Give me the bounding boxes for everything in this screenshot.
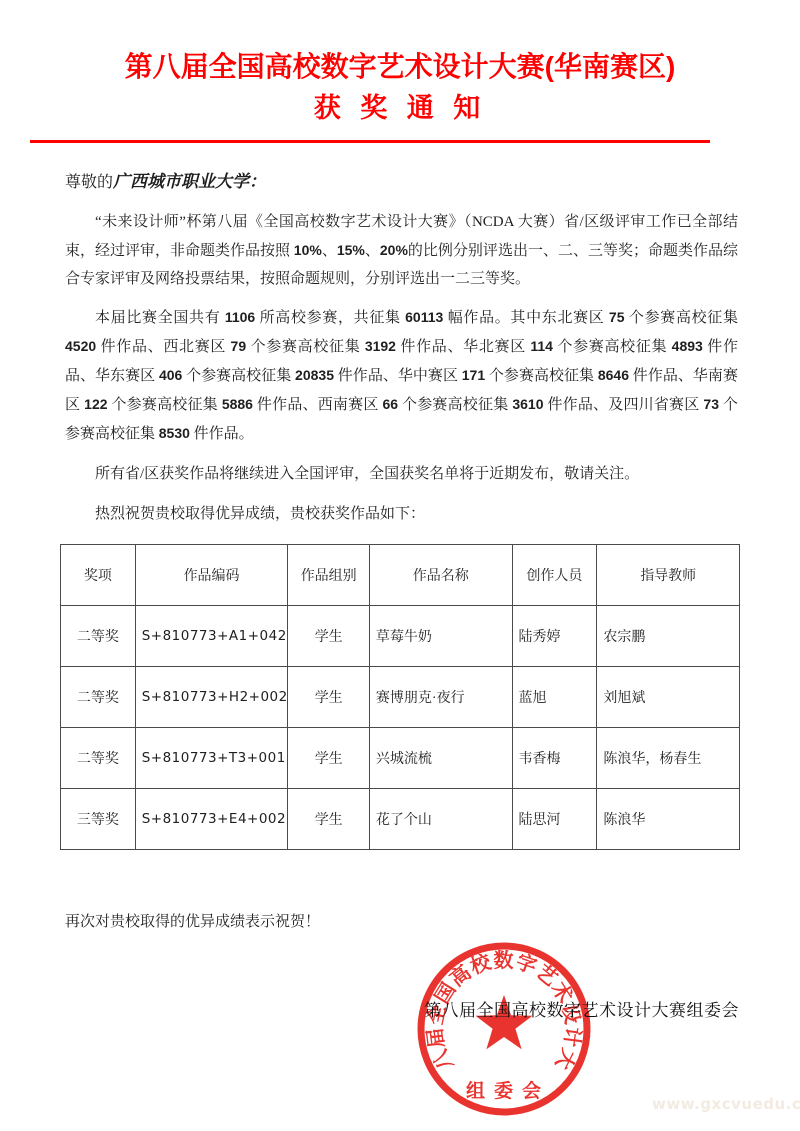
col-header-creators: 创作人员 [512,545,597,606]
paragraph-national-review: 所有省/区获奖作品将继续进入全国评审，全国获奖名单将于近期发布，敬请关注。 [65,460,738,488]
cell-creators: 陆思河 [512,789,597,850]
cell-advisors: 陈浪华，杨春生 [597,728,740,789]
cell-award: 三等奖 [61,789,136,850]
document-title-line2: 获 奖 通 知 [0,91,800,125]
cell-work-name: 赛博朋克·夜行 [369,667,512,728]
seal-bottom-text: 组委会 [466,1079,550,1102]
cell-advisors: 刘旭斌 [597,667,740,728]
cell-creators: 陆秀婷 [512,606,597,667]
cell-creators: 蓝旭 [512,667,597,728]
cell-award: 二等奖 [61,728,136,789]
cell-group: 学生 [288,667,369,728]
paragraph-statistics: 本届比赛全国共有 1106 所高校参赛，共征集 60113 幅作品。其中东北赛区… [65,303,738,448]
salutation: 尊敬的广西城市职业大学： [65,169,738,196]
cell-work-code: S+810773+A1+042 [135,606,288,667]
col-header-group: 作品组别 [288,545,369,606]
col-header-award: 奖项 [61,545,136,606]
col-header-advisors: 指导教师 [597,545,740,606]
watermark: www.gxcvuedu.com [652,1095,800,1113]
awards-table: 奖项 作品编码 作品组别 作品名称 创作人员 指导教师 二等奖 S+810773… [60,544,740,850]
cell-advisors: 陈浪华 [597,789,740,850]
table-header-row: 奖项 作品编码 作品组别 作品名称 创作人员 指导教师 [61,545,740,606]
salutation-school-name: 广西城市职业大学 [113,172,249,191]
table-row: 三等奖 S+810773+E4+002 学生 花了个山 陆思河 陈浪华 [61,789,740,850]
cell-work-code: S+810773+E4+002 [135,789,288,850]
cell-award: 二等奖 [61,606,136,667]
cell-work-name: 兴城流梳 [369,728,512,789]
cell-work-code: S+810773+T3+001 [135,728,288,789]
closing-congratulation: 再次对贵校取得的优异成绩表示祝贺！ [65,908,800,936]
title-block: 第八届全国高校数字艺术设计大赛(华南赛区) 获 奖 通 知 [0,0,800,125]
cell-group: 学生 [288,606,369,667]
cell-group: 学生 [288,789,369,850]
paragraph-congratulation-intro: 热烈祝贺贵校取得优异成绩，贵校获奖作品如下： [65,500,738,528]
cell-award: 二等奖 [61,667,136,728]
table-row: 二等奖 S+810773+T3+001 学生 兴城流梳 韦香梅 陈浪华，杨春生 [61,728,740,789]
signature-committee: 第八届全国高校数字艺术设计大赛组委会 [424,999,739,1023]
seal-graphic: 第八届全国高校数字艺术设计大赛 组委会 [414,939,594,1119]
letter-body: 尊敬的广西城市职业大学： “未来设计师”杯第八届《全国高校数字艺术设计大赛》（N… [65,169,738,528]
cell-advisors: 农宗鹏 [597,606,740,667]
official-seal-stamp: 第八届全国高校数字艺术设计大赛 组委会 [414,939,594,1119]
cell-group: 学生 [288,728,369,789]
paragraph-review-result: “未来设计师”杯第八届《全国高校数字艺术设计大赛》（NCDA 大赛）省/区级评审… [65,208,738,293]
cell-work-name: 草莓牛奶 [369,606,512,667]
document-page: 第八届全国高校数字艺术设计大赛(华南赛区) 获 奖 通 知 尊敬的广西城市职业大… [0,0,800,1131]
col-header-work-name: 作品名称 [369,545,512,606]
document-title-line1: 第八届全国高校数字艺术设计大赛(华南赛区) [0,48,800,86]
table-row: 二等奖 S+810773+A1+042 学生 草莓牛奶 陆秀婷 农宗鹏 [61,606,740,667]
cell-work-name: 花了个山 [369,789,512,850]
salutation-prefix: 尊敬的 [65,174,113,191]
cell-work-code: S+810773+H2+002 [135,667,288,728]
title-divider-rule [30,140,710,143]
cell-creators: 韦香梅 [512,728,597,789]
col-header-work-code: 作品编码 [135,545,288,606]
table-row: 二等奖 S+810773+H2+002 学生 赛博朋克·夜行 蓝旭 刘旭斌 [61,667,740,728]
salutation-colon: ： [249,172,266,191]
